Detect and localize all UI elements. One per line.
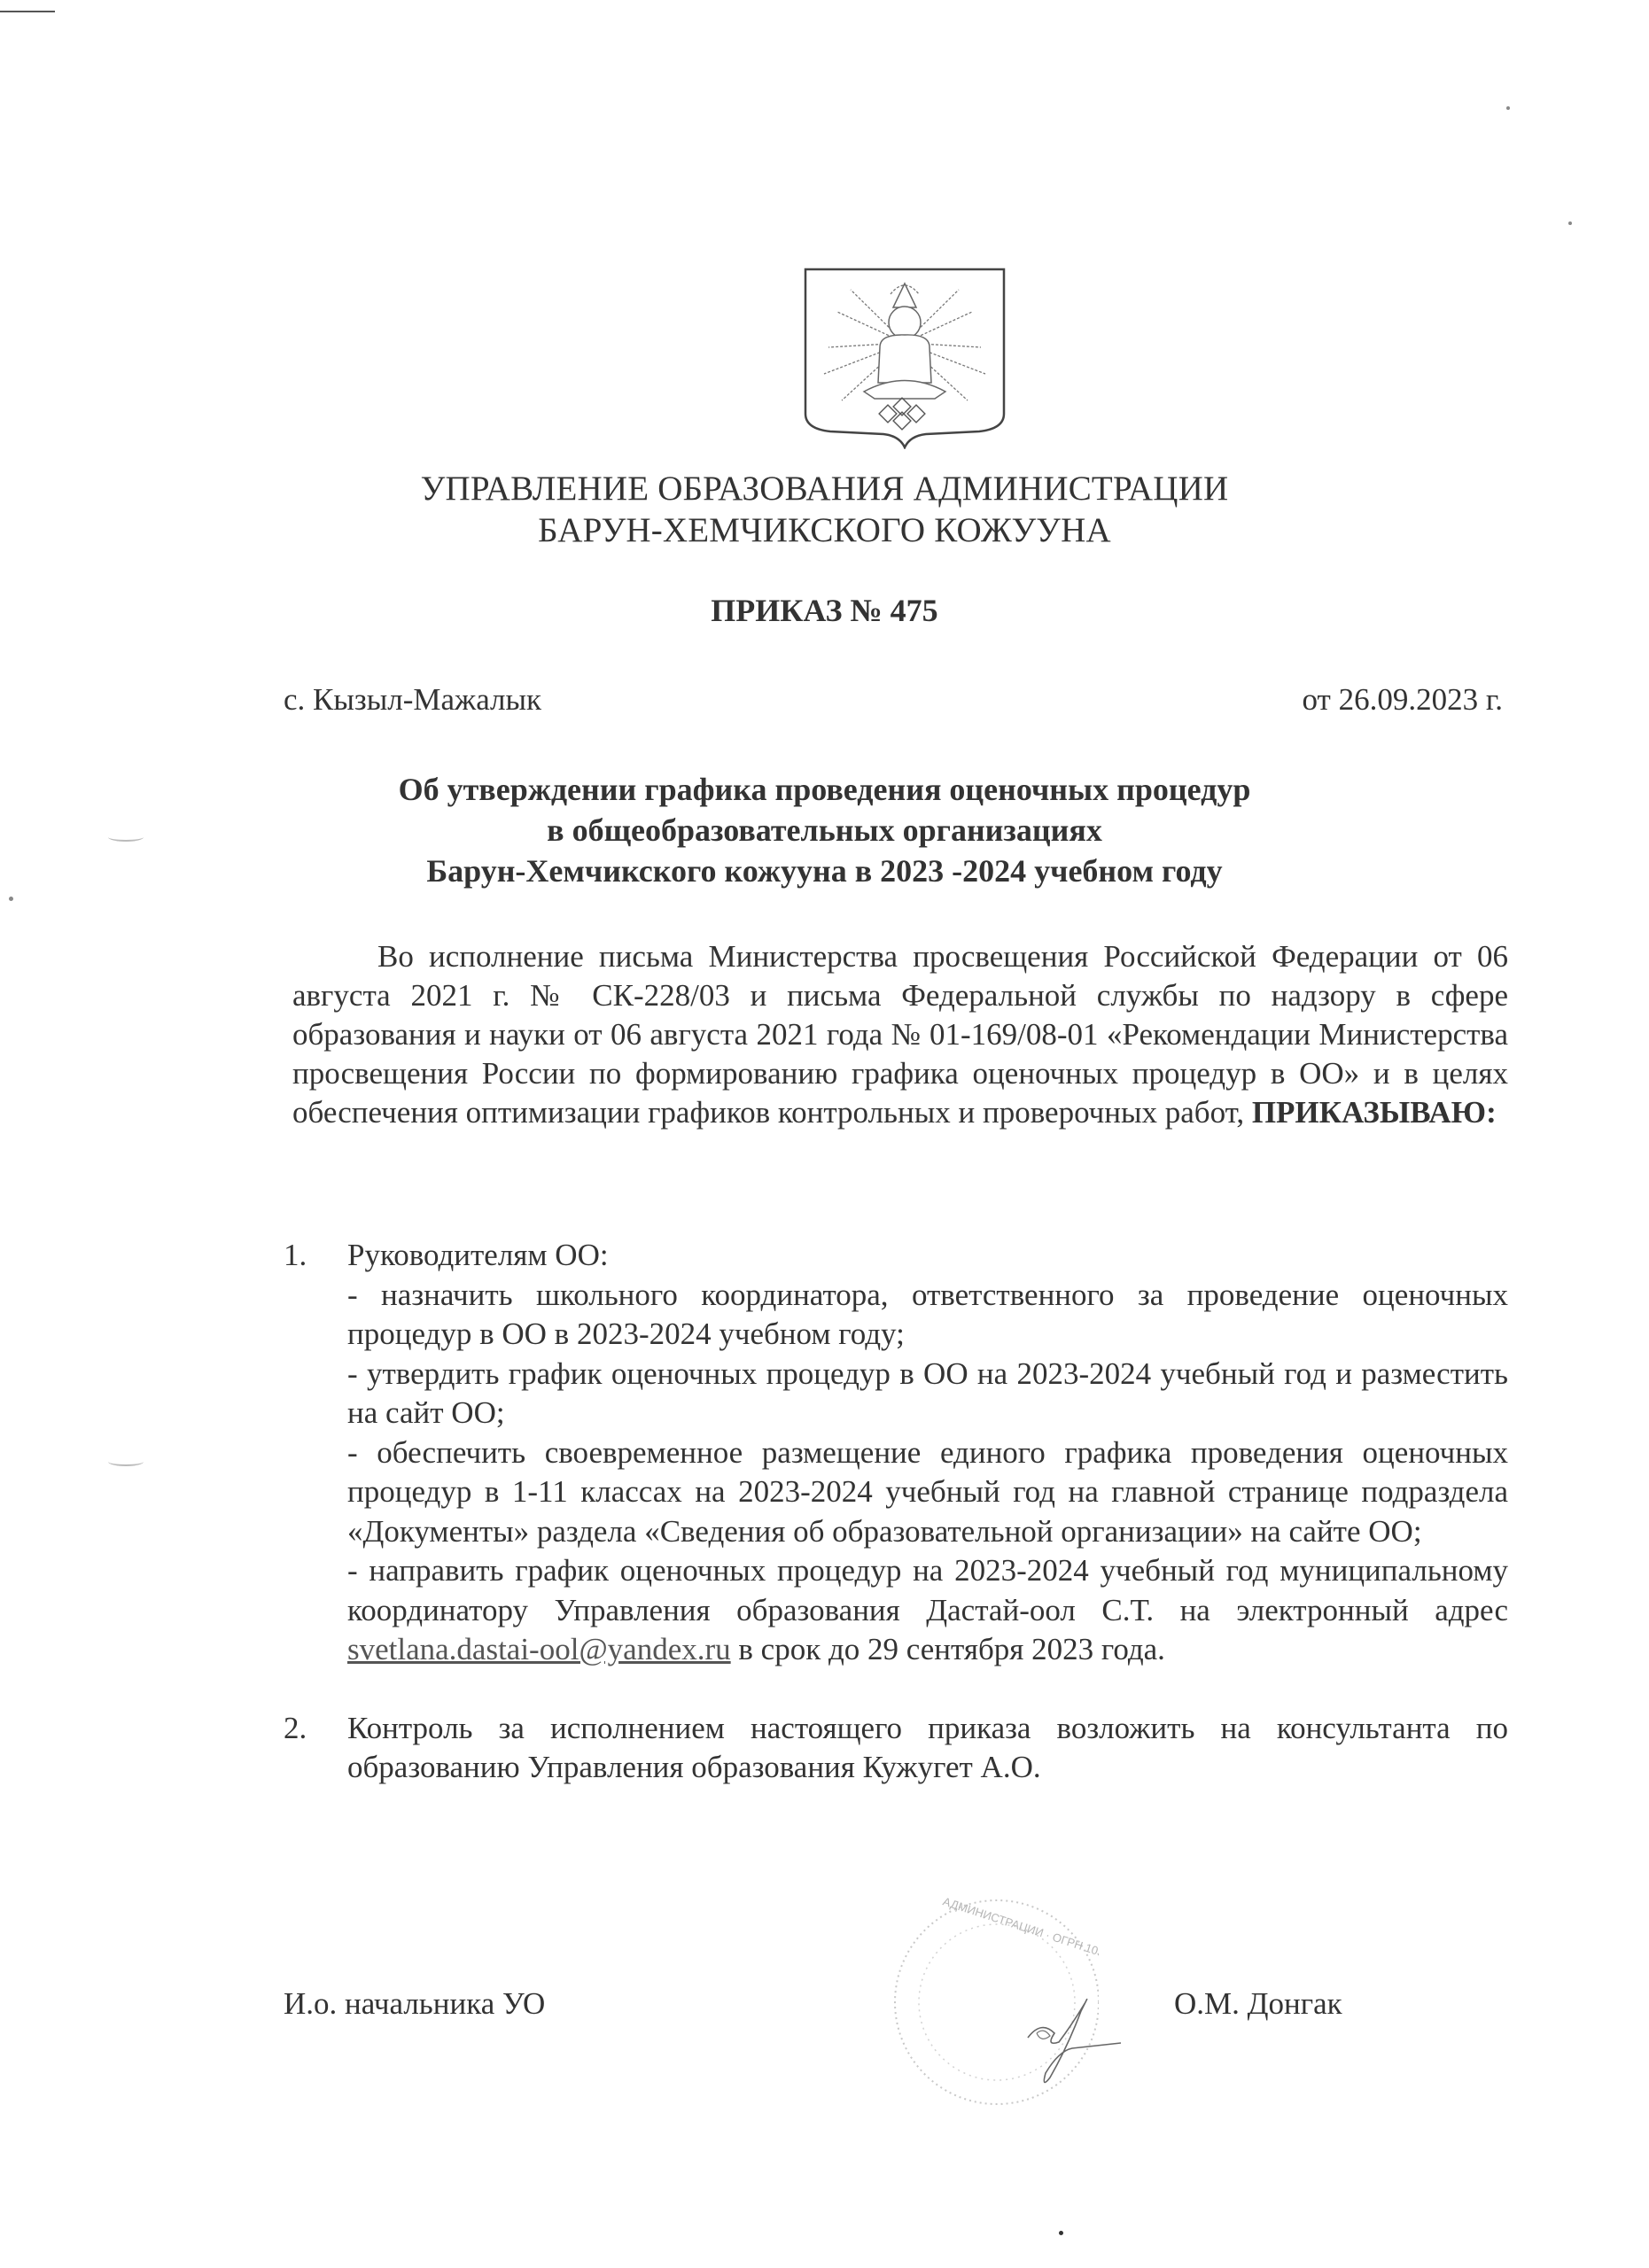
handwritten-signature-icon xyxy=(1019,1984,1134,2091)
scan-speck xyxy=(1059,2231,1063,2235)
item-number: 1. xyxy=(284,1236,347,1670)
document-page: УПРАВЛЕНИЕ ОБРАЗОВАНИЯ АДМИНИСТРАЦИИ БАР… xyxy=(0,0,1649,2268)
email-link[interactable]: svetlana.dastai-ool@yandex.ru xyxy=(347,1632,731,1666)
order-date: от 26.09.2023 г. xyxy=(1303,682,1504,718)
signatory-name: О.М. Донгак xyxy=(1174,1986,1342,2022)
item-text: Контроль за исполнением настоящего прика… xyxy=(347,1709,1508,1788)
order-item-1: 1. Руководителям ОО: - назначить школьно… xyxy=(284,1236,1508,1670)
item-point-text: в срок до 29 сентября 2023 года. xyxy=(738,1632,1165,1666)
coat-of-arms-icon xyxy=(802,259,1007,449)
subject-line-3: Барун-Хемчикского кожууна в 2023 -2024 у… xyxy=(0,850,1649,891)
item-point: - направить график оценочных процедур на… xyxy=(347,1551,1508,1670)
item-point: - обеспечить своевременное размещение ед… xyxy=(347,1433,1508,1552)
scan-speck xyxy=(1506,106,1510,110)
signatory-role: И.о. начальника УО xyxy=(284,1986,545,2022)
org-name-line-2: БАРУН-ХЕМЧИКСКОГО КОЖУУНА xyxy=(0,509,1649,551)
scan-speck xyxy=(1568,221,1572,225)
order-title: ПРИКАЗ № 475 xyxy=(0,592,1649,629)
scan-arc-artifact xyxy=(108,1457,144,1466)
order-place: с. Кызыл-Мажалык xyxy=(284,682,541,718)
directive-word: ПРИКАЗЫВАЮ: xyxy=(1252,1095,1497,1130)
scan-speck xyxy=(9,897,13,901)
item-heading: Руководителям ОО: xyxy=(347,1236,1508,1276)
order-subject: Об утверждении графика проведения оценоч… xyxy=(0,769,1649,891)
subject-line-2: в общеобразовательных организациях xyxy=(0,810,1649,850)
organization-header: УПРАВЛЕНИЕ ОБРАЗОВАНИЯ АДМИНИСТРАЦИИ БАР… xyxy=(0,468,1649,551)
scan-artifact-line xyxy=(0,11,55,12)
subject-line-1: Об утверждении графика проведения оценоч… xyxy=(0,769,1649,810)
item-point-text: - направить график оценочных процедур на… xyxy=(347,1553,1508,1627)
preamble-paragraph: Во исполнение письма Министерства просве… xyxy=(292,937,1508,1132)
stamp-text: АДМИНИСТРАЦИИ · ОГРН 103 xyxy=(941,1895,1099,1960)
item-point: - утвердить график оценочных процедур в … xyxy=(347,1355,1508,1433)
item-point: - назначить школьного координатора, отве… xyxy=(347,1276,1508,1355)
order-items-list: 1. Руководителям ОО: - назначить школьно… xyxy=(284,1236,1508,1788)
org-name-line-1: УПРАВЛЕНИЕ ОБРАЗОВАНИЯ АДМИНИСТРАЦИИ xyxy=(0,468,1649,509)
order-item-2: 2. Контроль за исполнением настоящего пр… xyxy=(284,1709,1508,1788)
item-number: 2. xyxy=(284,1709,347,1788)
place-date-row: с. Кызыл-Мажалык от 26.09.2023 г. xyxy=(284,682,1503,718)
